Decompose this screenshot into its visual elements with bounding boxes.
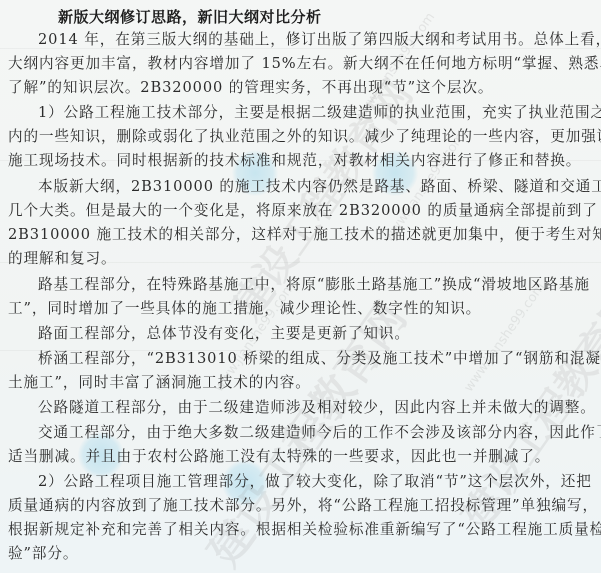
text-line: 交通工程部分，由于绝大多数二级建造师今后的工作不会涉及该部分内容，因此作了 [38, 421, 596, 445]
text-line: 了解”的知识层次。2B320000 的管理实务，不再出现“节”这个层次。 [8, 76, 596, 100]
text-line: 的理解和复习。 [8, 247, 596, 271]
text-line: 土施工”，同时丰富了涵洞施工技术的内容。 [8, 371, 596, 395]
text-line: 几个大类。但是最大的一个变化是，将原来放在 2B320000 的质量通病全部提前… [8, 199, 596, 223]
text-line: 质量通病的内容放到了施工技术部分。另外，将“公路工程施工招投标管理”单独编写， [8, 494, 596, 518]
text-line: 2014 年，在第三版大纲的基础上，修订出版了第四版大纲和考试用书。总体上看， [38, 28, 596, 52]
text-line: 公路隧道工程部分，由于二级建造师涉及相对较少，因此内容上并未做大的调整。 [38, 396, 596, 420]
text-line: 根据新规定补充和完善了相关内容。根据相关检验标准重新编写了“公路工程施工质量检 [8, 518, 596, 542]
text-line: 适当删减。并且由于农村公路施工没有太特殊的一些要求，因此也一并删减了。 [8, 445, 596, 469]
text-line: 2）公路工程项目施工管理部分，做了较大变化，除了取消“节”这个层次外，还把 [38, 470, 596, 494]
text-line: 路面工程部分，总体节没有变化，主要是更新了知识。 [38, 322, 596, 346]
text-line: 桥涵工程部分，“2B313010 桥梁的组成、分类及施工技术”中增加了“钢筋和混… [38, 347, 596, 371]
text-line: 内的一些知识，删除或弱化了执业范围之外的知识。减少了纯理论的一些内容，更加强调 [8, 125, 596, 149]
text-line: 1）公路工程施工技术部分，主要是根据二级建造师的执业范围，充实了执业范围之 [38, 101, 596, 125]
text-line: 验”部分。 [8, 542, 596, 566]
text-line: 施工现场技术。同时根据新的技术标准和规范，对教材相关内容进行了修正和替换。 [8, 149, 596, 173]
text-line: 路基工程部分，在特殊路基施工中，将原“膨胀土路基施工”换成“滑坡地区路基施 [38, 273, 596, 297]
document-title: 新版大纲修订思路，新旧大纲对比分析 [58, 6, 322, 27]
document-page: 建设工程教育网 建设工程教育网 建设工程教育网 www.jianshe99.co… [0, 0, 601, 573]
text-line: 大纲内容更加丰富，教材内容增加了 15%左右。新大纲不在任何地方标明“掌握、熟悉… [8, 52, 596, 76]
text-line: 2B310000 施工技术的相关部分，这样对于施工技术的描述就更加集中，便于考生… [8, 223, 596, 247]
text-line: 本版新大纲，2B310000 的施工技术内容仍然是路基、路面、桥梁、隧道和交通工… [38, 175, 596, 199]
text-line: 工”，同时增加了一些具体的施工措施，减少理论性、数字性的知识。 [8, 297, 596, 321]
